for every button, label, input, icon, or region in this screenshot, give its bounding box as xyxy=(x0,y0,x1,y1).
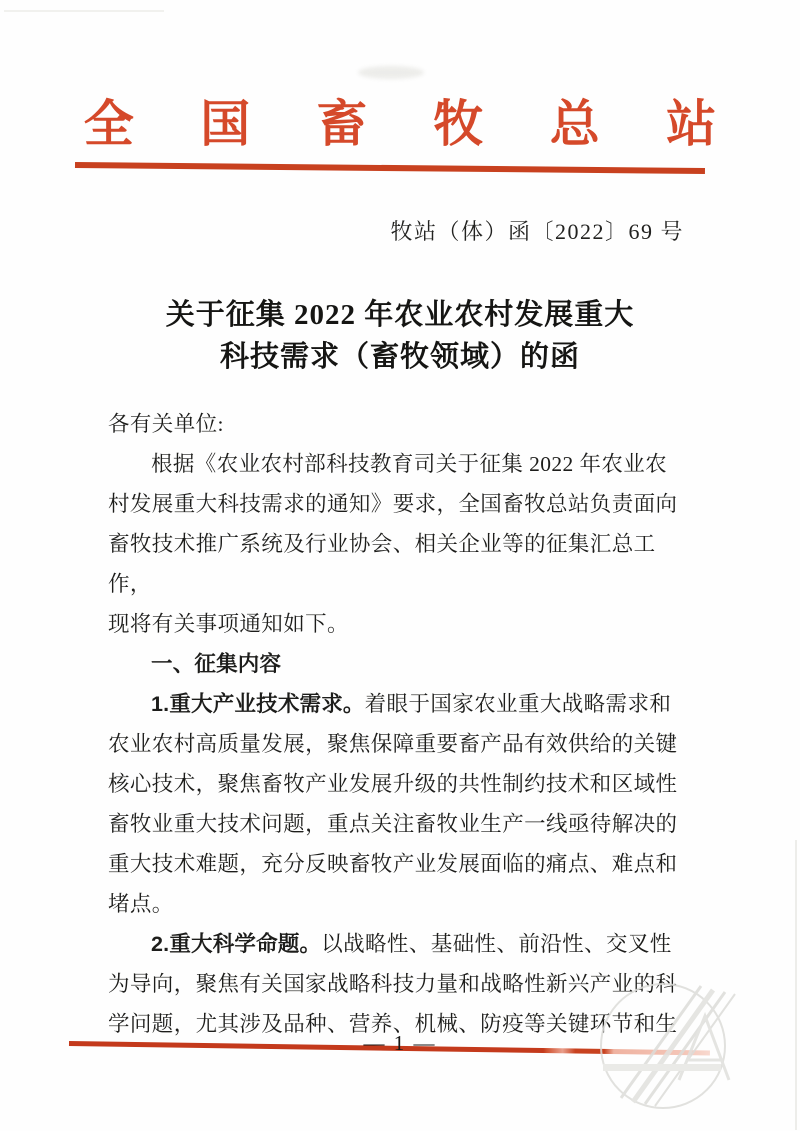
scan-edge-artifact-right xyxy=(795,840,797,1130)
item1-first-line: 1.重大产业技术需求。着眼于国家农业重大战略需求和 xyxy=(108,684,696,724)
scan-smudge xyxy=(358,66,424,79)
item1-continuation-lines: 农业农村高质量发展，聚焦保障重要畜产品有效供给的关键 核心技术，聚焦畜牧产业发展… xyxy=(108,724,696,924)
intro-paragraph: 根据《农业农村部科技教育司关于征集 2022 年农业农 村发展重大科技需求的通知… xyxy=(108,444,696,644)
item1-paragraph: 1.重大产业技术需求。着眼于国家农业重大战略需求和 农业农村高质量发展，聚焦保障… xyxy=(108,684,696,924)
section-heading-1: 一、征集内容 xyxy=(108,644,696,684)
document-reference-number: 牧站（体）函〔2022〕69 号 xyxy=(390,215,684,246)
scan-edge-artifact-top xyxy=(4,10,164,12)
item2-first-line-rest: 以战略性、基础性、前沿性、交叉性 xyxy=(321,932,671,956)
letterhead-red-rule xyxy=(75,162,705,174)
salutation: 各有关单位: xyxy=(108,404,696,444)
letterhead-agency-name: 全 国 畜 牧 总 站 xyxy=(0,84,800,156)
item2-lead: 2.重大科学命题。 xyxy=(151,932,321,956)
item2-paragraph: 2.重大科学命题。以战略性、基础性、前沿性、交叉性 为导向，聚焦有关国家战略科技… xyxy=(108,924,696,1044)
item2-first-line: 2.重大科学命题。以战略性、基础性、前沿性、交叉性 xyxy=(108,924,696,964)
scanned-document-page: 全 国 畜 牧 总 站 牧站（体）函〔2022〕69 号 关于征集 2022 年… xyxy=(0,0,800,1131)
document-body: 各有关单位: 根据《农业农村部科技教育司关于征集 2022 年农业农 村发展重大… xyxy=(108,404,696,1044)
document-title-line2: 科技需求（畜牧领域）的函 xyxy=(0,336,800,378)
document-title: 关于征集 2022 年农业农村发展重大 科技需求（畜牧领域）的函 xyxy=(0,294,800,378)
item1-first-line-rest: 着眼于国家农业重大战略需求和 xyxy=(365,692,672,716)
page-number: — 1 — xyxy=(0,1031,800,1056)
item1-lead: 1.重大产业技术需求。 xyxy=(151,692,365,716)
document-title-line1: 关于征集 2022 年农业农村发展重大 xyxy=(0,294,800,336)
